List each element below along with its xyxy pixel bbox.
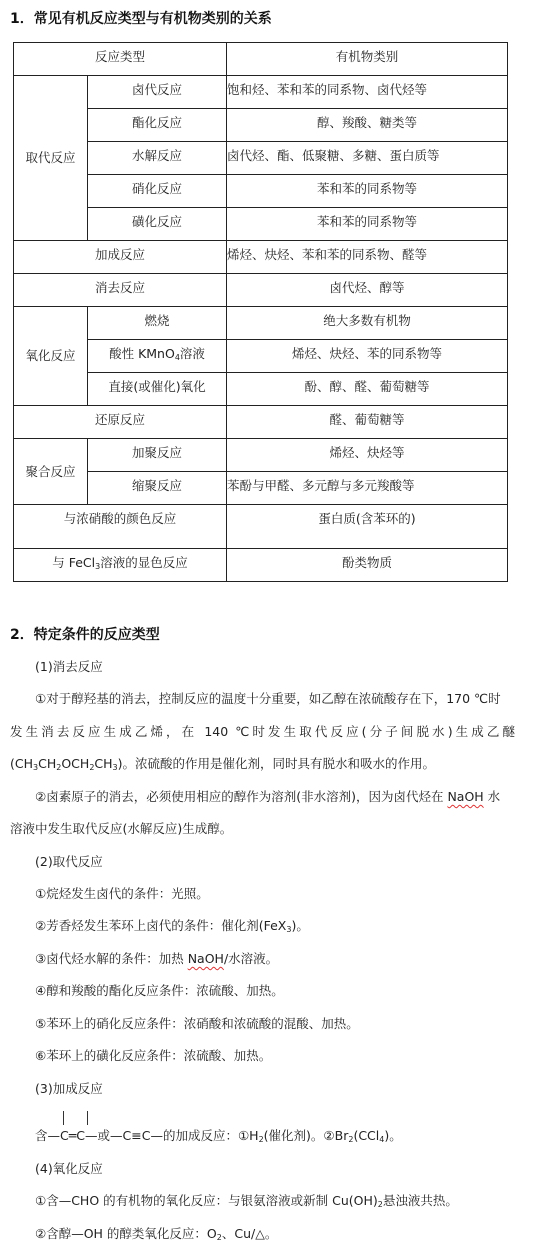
type-cell: 水解反应 xyxy=(88,142,227,175)
type-cell: 直接(或催化)氧化 xyxy=(88,373,227,406)
list-item: ②芳香烃发生苯环上卤代的条件：催化剂(FeX3)。 xyxy=(10,918,536,934)
section-1-title: 1．常见有机反应类型与有机物类别的关系 xyxy=(10,8,272,28)
category-cell: 消去反应 xyxy=(14,274,227,307)
paragraph-line: ②卤素原子的消去，必须使用相应的醇作为溶剂(非水溶剂)，因为卤代烃在 NaOH … xyxy=(10,789,536,805)
table-row: 氧化反应 燃烧 绝大多数有机物 xyxy=(14,307,508,340)
class-cell: 醇、羧酸、糖类等 xyxy=(227,109,508,142)
list-item: ④醇和羧酸的酯化反应条件：浓硫酸、加热。 xyxy=(10,983,536,999)
category-cell: 聚合反应 xyxy=(14,439,88,505)
list-item: ①含—CHO 的有机物的氧化反应：与银氨溶液或新制 Cu(OH)2悬浊液共热。 xyxy=(10,1193,536,1209)
table-row: 水解反应 卤代烃、酯、低聚糖、多糖、蛋白质等 xyxy=(14,142,508,175)
table-row: 酯化反应 醇、羧酸、糖类等 xyxy=(14,109,508,142)
list-item: ⑥苯环上的磺化反应条件：浓硫酸、加热。 xyxy=(10,1048,536,1064)
type-cell: 酸性 KMnO4溶液 xyxy=(88,340,227,373)
category-cell: 氧化反应 xyxy=(14,307,88,406)
class-cell: 醛、葡萄糖等 xyxy=(227,406,508,439)
list-item: ⑤苯环上的硝化反应条件：浓硝酸和浓硫酸的混酸、加热。 xyxy=(10,1016,536,1032)
class-cell: 酚、醇、醛、葡萄糖等 xyxy=(227,373,508,406)
type-cell: 磺化反应 xyxy=(88,208,227,241)
class-cell: 烯烃、炔烃、苯和苯的同系物、醛等 xyxy=(227,241,508,274)
class-cell: 饱和烃、苯和苯的同系物、卤代烃等 xyxy=(227,76,508,109)
class-cell: 绝大多数有机物 xyxy=(227,307,508,340)
table-row: 磺化反应 苯和苯的同系物等 xyxy=(14,208,508,241)
table-row: 消去反应 卤代烃、醇等 xyxy=(14,274,508,307)
table-row: 直接(或催化)氧化 酚、醇、醛、葡萄糖等 xyxy=(14,373,508,406)
class-cell: 苯酚与甲醛、多元醇与多元羧酸等 xyxy=(227,472,508,505)
class-cell: 苯和苯的同系物等 xyxy=(227,208,508,241)
class-cell: 烯烃、炔烃、苯的同系物等 xyxy=(227,340,508,373)
table-row: 取代反应 卤代反应 饱和烃、苯和苯的同系物、卤代烃等 xyxy=(14,76,508,109)
class-cell: 蛋白质(含苯环的) xyxy=(227,505,508,549)
table-header-row: 反应类型 有机物类别 xyxy=(14,43,508,76)
table-row: 缩聚反应 苯酚与甲醛、多元醇与多元羧酸等 xyxy=(14,472,508,505)
class-cell: 卤代烃、酯、低聚糖、多糖、蛋白质等 xyxy=(227,142,508,175)
category-cell: 加成反应 xyxy=(14,241,227,274)
type-cell: 卤代反应 xyxy=(88,76,227,109)
class-cell: 卤代烃、醇等 xyxy=(227,274,508,307)
type-cell: 燃烧 xyxy=(88,307,227,340)
table-row: 与 FeCl3溶液的显色反应 酚类物质 xyxy=(14,549,508,582)
list-item: ②含醇—OH 的醇类氧化反应：O2、Cu/△。 xyxy=(10,1226,536,1242)
paragraph-line: ①对于醇羟基的消去，控制反应的温度十分重要，如乙醇在浓硫酸存在下，170 ℃时 xyxy=(10,691,536,707)
table-row: 还原反应 醛、葡萄糖等 xyxy=(14,406,508,439)
header-reaction-type: 反应类型 xyxy=(14,43,227,76)
subheading-oxidation: (4)氧化反应 xyxy=(10,1161,536,1177)
category-cell: 与浓硝酸的颜色反应 xyxy=(14,505,227,549)
paragraph-line: 发生消去反应生成乙烯，在 140 ℃时发生取代反应(分子间脱水)生成乙醚 xyxy=(10,724,515,740)
category-cell: 取代反应 xyxy=(14,76,88,241)
class-cell: 苯和苯的同系物等 xyxy=(227,175,508,208)
category-cell: 与 FeCl3溶液的显色反应 xyxy=(14,549,227,582)
subheading-addition: (3)加成反应 xyxy=(10,1081,536,1097)
class-cell: 酚类物质 xyxy=(227,549,508,582)
type-cell: 缩聚反应 xyxy=(88,472,227,505)
subheading-substitution: (2)取代反应 xyxy=(10,854,536,870)
section-2-title: 2．特定条件的反应类型 xyxy=(10,624,160,644)
type-cell: 硝化反应 xyxy=(88,175,227,208)
paragraph-line: 溶液中发生取代反应(水解反应)生成醇。 xyxy=(10,821,515,837)
table-row: 硝化反应 苯和苯的同系物等 xyxy=(14,175,508,208)
header-organic-class: 有机物类别 xyxy=(227,43,508,76)
alkene-structure-icon: C═C xyxy=(60,1128,85,1144)
class-cell: 烯烃、炔烃等 xyxy=(227,439,508,472)
list-item: ③卤代烃水解的条件：加热 NaOH/水溶液。 xyxy=(10,951,536,967)
subheading-elimination: (1)消去反应 xyxy=(10,659,536,675)
list-item: ①烷烃发生卤代的条件：光照。 xyxy=(10,886,536,902)
addition-formula-line: 含—C═C—或—C≡C—的加成反应：①H2(催化剂)。②Br2(CCl4)。 xyxy=(10,1128,536,1144)
type-cell: 酯化反应 xyxy=(88,109,227,142)
table-row: 加成反应 烯烃、炔烃、苯和苯的同系物、醛等 xyxy=(14,241,508,274)
reaction-type-table: 反应类型 有机物类别 取代反应 卤代反应 饱和烃、苯和苯的同系物、卤代烃等 酯化… xyxy=(13,42,508,582)
table-row: 酸性 KMnO4溶液 烯烃、炔烃、苯的同系物等 xyxy=(14,340,508,373)
table-row: 与浓硝酸的颜色反应 蛋白质(含苯环的) xyxy=(14,505,508,549)
paragraph-line: (CH3CH2OCH2CH3)。浓硫酸的作用是催化剂，同时具有脱水和吸水的作用。 xyxy=(10,756,515,772)
table-row: 聚合反应 加聚反应 烯烃、炔烃等 xyxy=(14,439,508,472)
type-cell: 加聚反应 xyxy=(88,439,227,472)
category-cell: 还原反应 xyxy=(14,406,227,439)
